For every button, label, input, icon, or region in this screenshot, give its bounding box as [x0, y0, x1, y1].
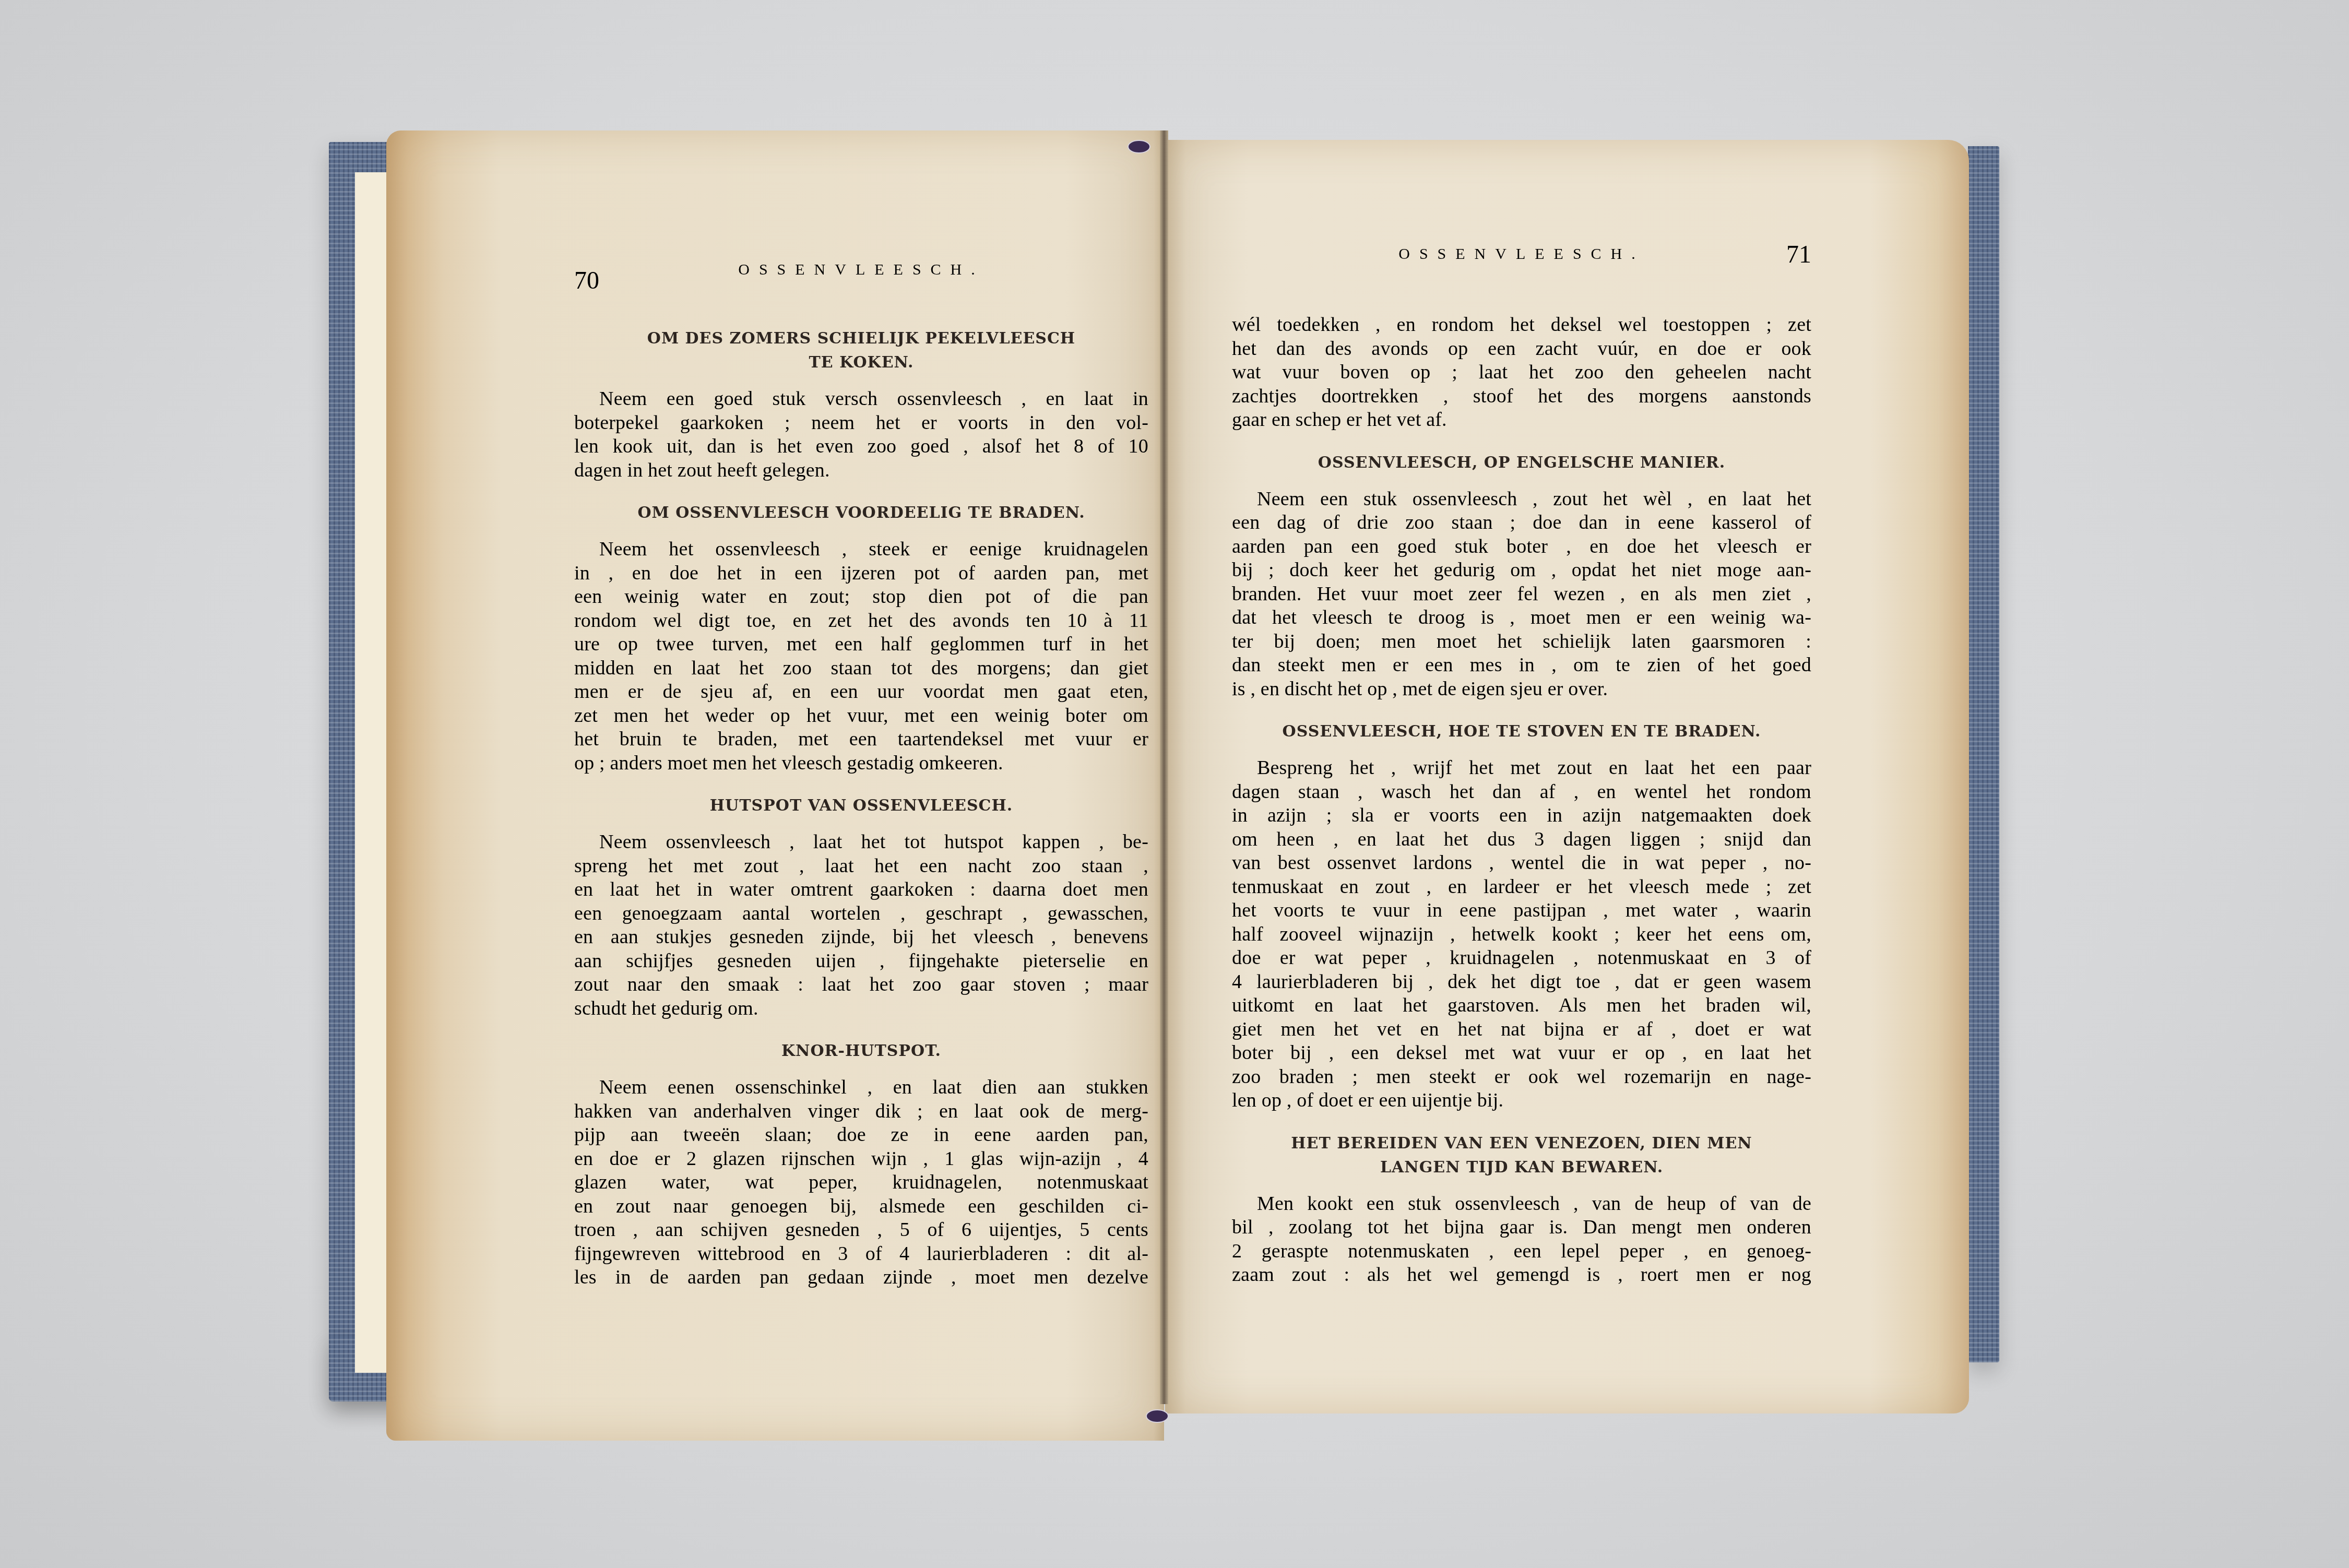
recipe-paragraph: Neem een stuk ossenvleesch , zout het wè… — [1232, 488, 1811, 702]
recipe-section: OM OSSENVLEESCH VOORDEELIG TE BRADEN.Nee… — [574, 501, 1148, 775]
right-page-content: OSSENVLEESCH. 71 wél toedekken , en rond… — [1232, 245, 1811, 1287]
text-line: Neem een goed stuk versch ossenvleesch ,… — [574, 387, 1148, 411]
recipe-section: OSSENVLEESCH, HOE TE STOVEN EN TE BRADEN… — [1232, 720, 1811, 1113]
recipe-heading: KNOR-HUTSPOT. — [574, 1039, 1148, 1063]
text-line: en doe er 2 glazen rijnschen wijn , 1 gl… — [574, 1147, 1148, 1171]
text-line: Neem eenen ossenschinkel , en laat dien … — [574, 1076, 1148, 1100]
text-line: midden en laat het zoo staan tot des mor… — [574, 657, 1148, 681]
recipe-section: KNOR-HUTSPOT.Neem eenen ossenschinkel , … — [574, 1039, 1148, 1290]
recipe-heading: HET BEREIDEN VAN EEN VENEZOEN, DIEN MENL… — [1232, 1132, 1811, 1180]
recipe-heading: OSSENVLEESCH, HOE TE STOVEN EN TE BRADEN… — [1232, 720, 1811, 744]
text-line: en zout naar genoegen bij, alsmede een g… — [574, 1195, 1148, 1219]
recipe-heading: OM DES ZOMERS SCHIELIJK PEKELVLEESCHTE K… — [574, 327, 1148, 375]
text-line: aan schijfjes gesneden uijen , fijngehak… — [574, 949, 1148, 973]
text-line: les in de aarden pan gedaan zijnde , moe… — [574, 1266, 1148, 1290]
recipe-heading-line: KNOR-HUTSPOT. — [574, 1039, 1148, 1063]
text-line: Men kookt een stuk ossenvleesch , van de… — [1232, 1192, 1811, 1216]
text-line: boter bij , een deksel met wat vuur er o… — [1232, 1041, 1811, 1065]
recipe-section: HUTSPOT VAN OSSENVLEESCH.Neem ossenvlees… — [574, 794, 1148, 1020]
recipe-section: OM DES ZOMERS SCHIELIJK PEKELVLEESCHTE K… — [574, 327, 1148, 482]
recipe-section: HET BEREIDEN VAN EEN VENEZOEN, DIEN MENL… — [1232, 1132, 1811, 1287]
text-line: len op , of doet er een uijentje bij. — [1232, 1089, 1811, 1113]
text-line: pijp aan tweeën slaan; doe ze in eene aa… — [574, 1123, 1148, 1147]
text-line: men er de sjeu af, en een uur voordat me… — [574, 680, 1148, 704]
recipe-heading-line: HUTSPOT VAN OSSENVLEESCH. — [574, 794, 1148, 818]
text-line: en laat het in water omtrent gaarkoken :… — [574, 878, 1148, 902]
running-head: 70 OSSENVLEESCH. — [574, 261, 1148, 308]
running-head: OSSENVLEESCH. 71 — [1232, 245, 1811, 292]
text-line: bil , zoolang tot het bijna gaar is. Dan… — [1232, 1216, 1811, 1240]
text-line: rondom wel digt toe, en zet het des avon… — [574, 609, 1148, 633]
recipe-heading: OM OSSENVLEESCH VOORDEELIG TE BRADEN. — [574, 501, 1148, 525]
text-line: wél toedekken , en rondom het deksel wel… — [1232, 313, 1811, 337]
text-line: fijngewreven wittebrood en 3 of 4 laurie… — [574, 1242, 1148, 1266]
text-line: in , en doe het in een ijzeren pot of aa… — [574, 562, 1148, 586]
text-line: zet men het weder op het vuur, met een w… — [574, 704, 1148, 728]
recipe-paragraph: Neem een goed stuk versch ossenvleesch ,… — [574, 387, 1148, 482]
recipe-paragraph: Neem het ossenvleesch , steek er eenige … — [574, 538, 1148, 775]
text-line: is , en discht het op , met de eigen sje… — [1232, 678, 1811, 702]
recipe-heading-line: HET BEREIDEN VAN EEN VENEZOEN, DIEN MEN — [1232, 1132, 1811, 1156]
text-line: het voorts te vuur in eene pastijpan , m… — [1232, 899, 1811, 923]
text-line: spreng het met zout , laat het een nacht… — [574, 854, 1148, 878]
text-line: hakken van anderhalven vinger dik ; en l… — [574, 1100, 1148, 1124]
text-line: troen , aan schijven gesneden , 5 of 6 u… — [574, 1218, 1148, 1242]
recipe-section: OSSENVLEESCH, OP ENGELSCHE MANIER.Neem e… — [1232, 451, 1811, 702]
text-line: zout naar den smaak : laat het zoo gaar … — [574, 973, 1148, 997]
recipe-paragraph: Neem ossenvleesch , laat het tot hutspot… — [574, 830, 1148, 1020]
recipe-paragraph: Men kookt een stuk ossenvleesch , van de… — [1232, 1192, 1811, 1287]
text-line: Neem een stuk ossenvleesch , zout het wè… — [1232, 488, 1811, 512]
text-line: op ; anders moet men het vleesch gestadi… — [574, 752, 1148, 776]
text-line: wat vuur boven op ; laat het zoo den geh… — [1232, 361, 1811, 385]
right-sections: wél toedekken , en rondom het deksel wel… — [1232, 313, 1811, 1287]
text-line: giet men het vet en het nat bijna er af … — [1232, 1018, 1811, 1042]
recipe-paragraph: Bespreng het , wrijf het met zout en laa… — [1232, 756, 1811, 1113]
text-line: aarden pan een goed stuk boter , en doe … — [1232, 535, 1811, 559]
text-line: dagen staan , wasch het dan af , en went… — [1232, 780, 1811, 804]
text-line: zoo braden ; men steekt er ook wel rozem… — [1232, 1065, 1811, 1089]
recipe-heading-line: OSSENVLEESCH, HOE TE STOVEN EN TE BRADEN… — [1232, 720, 1811, 744]
book-gutter — [1160, 130, 1168, 1404]
running-title: OSSENVLEESCH. — [574, 261, 1148, 279]
left-sections: OM DES ZOMERS SCHIELIJK PEKELVLEESCHTE K… — [574, 327, 1148, 1290]
text-line: glazen water, wat peper, kruidnagelen, n… — [574, 1171, 1148, 1195]
text-line: Neem het ossenvleesch , steek er eenige … — [574, 538, 1148, 562]
recipe-heading-line: OM OSSENVLEESCH VOORDEELIG TE BRADEN. — [574, 501, 1148, 525]
text-line: ter bij doen; men moet het schielijk lat… — [1232, 630, 1811, 654]
text-line: half zooveel wijnazijn , hetwelk kookt ;… — [1232, 923, 1811, 947]
binding-thread-top — [1128, 140, 1150, 153]
text-line: gaar en schep er het vet af. — [1232, 408, 1811, 432]
text-line: dat het vleesch te droog is , moet men e… — [1232, 606, 1811, 630]
recipe-section: wél toedekken , en rondom het deksel wel… — [1232, 313, 1811, 432]
left-page-content: 70 OSSENVLEESCH. OM DES ZOMERS SCHIELIJK… — [574, 261, 1148, 1290]
text-line: een dag of drie zoo staan ; doe dan in e… — [1232, 511, 1811, 535]
text-line: het dan des avonds op een zacht vuúr, en… — [1232, 337, 1811, 361]
text-line: branden. Het vuur moet zeer fel wezen , … — [1232, 583, 1811, 607]
recipe-heading: HUTSPOT VAN OSSENVLEESCH. — [574, 794, 1148, 818]
text-line: in azijn ; sla er voorts een in azijn na… — [1232, 804, 1811, 828]
text-line: en aan stukjes gesneden zijnde, bij het … — [574, 925, 1148, 949]
book-cover-right — [1968, 146, 1999, 1362]
text-line: een genoegzaam aantal wortelen , geschra… — [574, 902, 1148, 926]
text-line: tenmuskaat en zout , en lardeer er het v… — [1232, 875, 1811, 899]
text-line: zaam zout : als het wel gemengd is , roe… — [1232, 1263, 1811, 1287]
binding-thread-bottom — [1146, 1409, 1169, 1423]
text-line: van best ossenvet lardons , wentel die i… — [1232, 851, 1811, 875]
text-line: len kook uit, dan is het even zoo goed ,… — [574, 435, 1148, 459]
page-number: 71 — [1786, 240, 1811, 269]
text-line: een weinig water en zout; stop dien pot … — [574, 585, 1148, 609]
text-line: 4 laurierbladeren bij , dek het digt toe… — [1232, 970, 1811, 994]
text-line: schudt het gedurig om. — [574, 997, 1148, 1021]
text-line: 2 geraspte notenmuskaten , een lepel pep… — [1232, 1240, 1811, 1264]
text-line: bij ; doch keer het gedurig om , opdat h… — [1232, 559, 1811, 583]
text-line: ure op twee turven, met een half geglomm… — [574, 633, 1148, 657]
running-title: OSSENVLEESCH. — [1232, 245, 1811, 263]
text-line: dan steekt men er een mes in , om te zie… — [1232, 654, 1811, 678]
text-line: het bruin te braden, met een taartendeks… — [574, 728, 1148, 752]
text-line: Bespreng het , wrijf het met zout en laa… — [1232, 756, 1811, 780]
text-line: dagen in het zout heeft gelegen. — [574, 459, 1148, 483]
recipe-heading-line: OM DES ZOMERS SCHIELIJK PEKELVLEESCH — [574, 327, 1148, 351]
text-line: Neem ossenvleesch , laat het tot hutspot… — [574, 830, 1148, 854]
recipe-heading-line: LANGEN TIJD KAN BEWAREN. — [1232, 1156, 1811, 1180]
text-line: boterpekel gaarkoken ; neem het er voort… — [574, 411, 1148, 435]
text-line: zachtjes doortrekken , stoof het des mor… — [1232, 385, 1811, 409]
recipe-paragraph: wél toedekken , en rondom het deksel wel… — [1232, 313, 1811, 432]
text-line: om heen , en laat het dus 3 dagen liggen… — [1232, 828, 1811, 852]
text-line: doe er wat peper , kruidnagelen , notenm… — [1232, 946, 1811, 970]
recipe-heading-line: OSSENVLEESCH, OP ENGELSCHE MANIER. — [1232, 451, 1811, 475]
text-line: uitkomt en laat het gaarstoven. Als men … — [1232, 994, 1811, 1018]
recipe-heading-line: TE KOKEN. — [574, 351, 1148, 375]
recipe-paragraph: Neem eenen ossenschinkel , en laat dien … — [574, 1076, 1148, 1290]
recipe-heading: OSSENVLEESCH, OP ENGELSCHE MANIER. — [1232, 451, 1811, 475]
